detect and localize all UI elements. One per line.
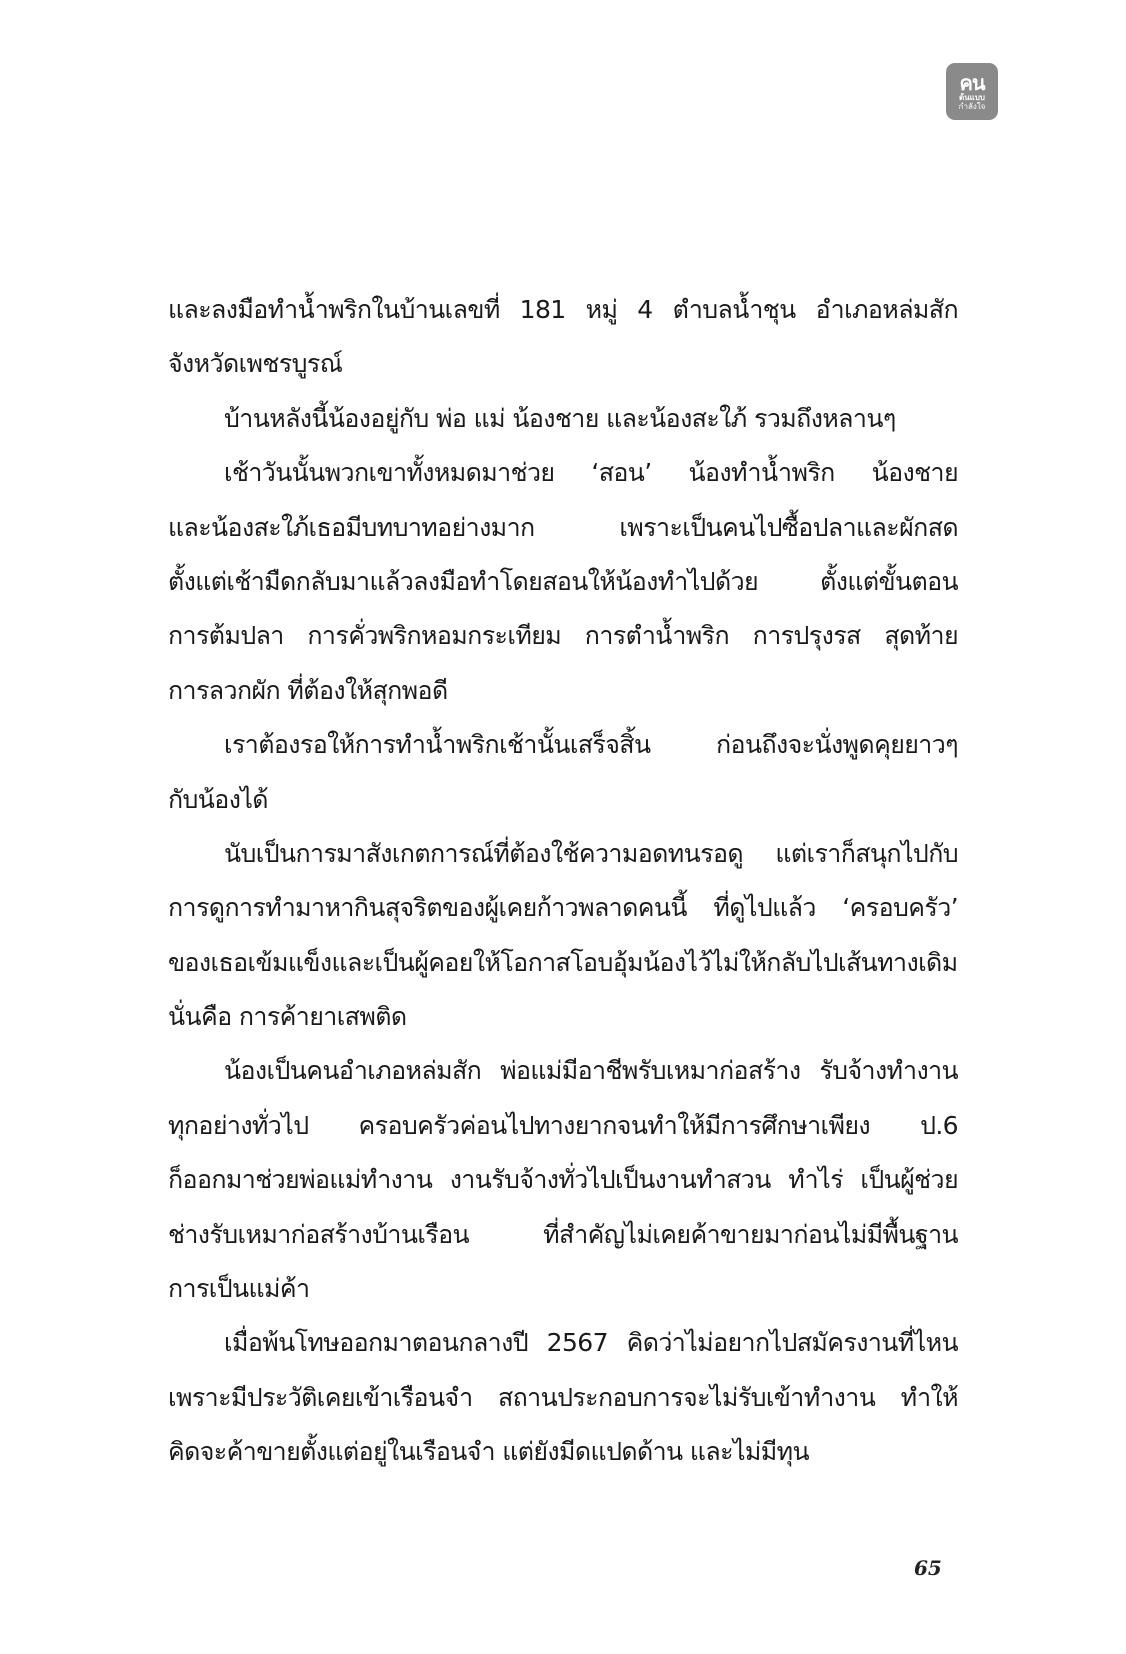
page-number: 65 — [914, 1556, 942, 1580]
text-line: ทุกอย่างทั่วไป ครอบครัวค่อนไปทางยากจนทำใ… — [168, 1099, 958, 1153]
text-line: และน้องสะใภ้เธอมีบทบาทอย่างมาก เพราะเป็น… — [168, 501, 958, 555]
text-line: เพราะมีประวัติเคยเข้าเรือนจำ สถานประกอบก… — [168, 1371, 958, 1425]
text-line: และลงมือทำน้ำพริกในบ้านเลขที่ 181 หมู่ 4… — [168, 283, 958, 337]
text-line: จังหวัดเพชรบูรณ์ — [168, 337, 958, 391]
logo-subtitle-1: ต้นแบบ — [959, 94, 985, 102]
publication-logo-badge: คน ต้นแบบ กำลังใจ — [946, 63, 998, 120]
text-line: การดูการทำมาหากินสุจริตของผู้เคยก้าวพลาด… — [168, 881, 958, 935]
text-line: น้องเป็นคนอำเภอหล่มสัก พ่อแม่มีอาชีพรับเ… — [168, 1044, 958, 1098]
text-line: นั่นคือ การค้ายาเสพติด — [168, 990, 958, 1044]
text-line: กับน้องได้ — [168, 773, 958, 827]
text-line: การเป็นแม่ค้า — [168, 1262, 958, 1316]
page-body-text: และลงมือทำน้ำพริกในบ้านเลขที่ 181 หมู่ 4… — [168, 283, 958, 1480]
text-line: เราต้องรอให้การทำน้ำพริกเช้านั้นเสร็จสิ้… — [168, 718, 958, 772]
text-line: การต้มปลา การคั่วพริกหอมกระเทียม การตำน้… — [168, 609, 958, 663]
text-line: การลวกผัก ที่ต้องให้สุกพอดี — [168, 664, 958, 718]
text-line: ช่างรับเหมาก่อสร้างบ้านเรือน ที่สำคัญไม่… — [168, 1208, 958, 1262]
text-line: เช้าวันนั้นพวกเขาทั้งหมดมาช่วย ‘สอน’ น้อ… — [168, 446, 958, 500]
text-line: เมื่อพ้นโทษออกมาตอนกลางปี 2567 คิดว่าไม่… — [168, 1316, 958, 1370]
text-line: ของเธอเข้มแข็งและเป็นผู้คอยให้โอกาสโอบอุ… — [168, 936, 958, 990]
text-line: คิดจะค้าขายตั้งแต่อยู่ในเรือนจำ แต่ยังมี… — [168, 1425, 958, 1479]
text-line: นับเป็นการมาสังเกตการณ์ที่ต้องใช้ความอดท… — [168, 827, 958, 881]
logo-title: คน — [959, 73, 984, 93]
text-line: บ้านหลังนี้น้องอยู่กับ พ่อ แม่ น้องชาย แ… — [168, 392, 958, 446]
logo-subtitle-2: กำลังใจ — [959, 103, 986, 111]
text-line: ตั้งแต่เช้ามืดกลับมาแล้วลงมือทำโดยสอนให้… — [168, 555, 958, 609]
text-line: ก็ออกมาช่วยพ่อแม่ทำงาน งานรับจ้างทั่วไปเ… — [168, 1153, 958, 1207]
